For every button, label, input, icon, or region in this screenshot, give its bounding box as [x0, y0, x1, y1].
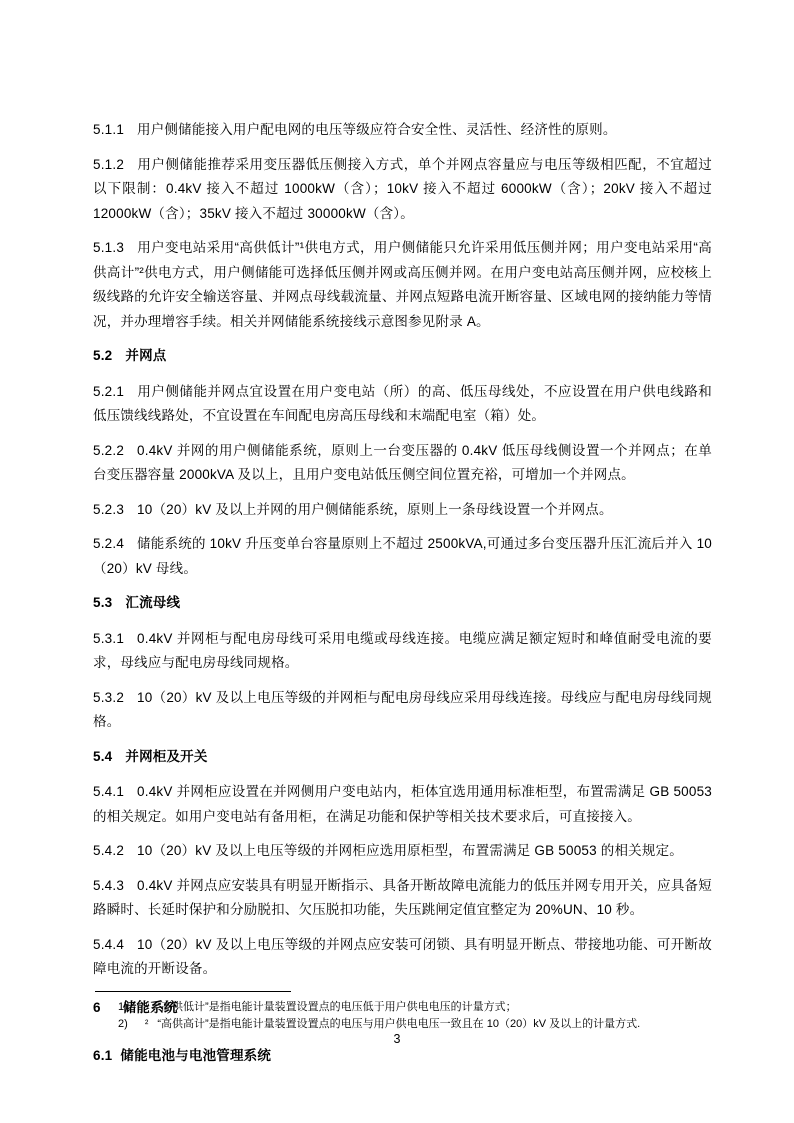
clause-paragraph: 5.1.3用户变电站采用“高供低计”¹供电方式，用户侧储能只允许采用低压侧并网；…	[93, 236, 712, 334]
clause-number: 5.3	[93, 595, 112, 610]
clause-number: 5.4.2	[93, 843, 124, 858]
page-number: 3	[0, 1031, 794, 1047]
footnote-label: 1)	[118, 999, 136, 1016]
clause-text: 并网柜及开关	[125, 749, 207, 764]
footnote-text: “高供高计”是指电能计量装置设置点的电压与用户供电电压一致且在 10（20）kV…	[157, 1018, 640, 1030]
footnote-list: 1)¹“高供低计”是指电能计量装置设置点的电压低于用户供电电压的计量方式；2)²…	[93, 999, 712, 1033]
clause-number: 5.1.1	[93, 122, 124, 137]
clause-paragraph: 5.4.210（20）kV 及以上电压等级的并网柜应选用原柜型，布置需满足 GB…	[93, 839, 712, 864]
footnote-item: 1)¹“高供低计”是指电能计量装置设置点的电压低于用户供电电压的计量方式；	[93, 999, 712, 1016]
clause-number: 5.2.3	[93, 502, 124, 517]
clause-number: 6.1	[93, 1048, 112, 1063]
clause-number: 5.2.4	[93, 536, 124, 551]
footnote-text: “高供低计”是指电能计量装置设置点的电压低于用户供电电压的计量方式；	[157, 1001, 516, 1013]
section-heading: 5.3汇流母线	[93, 591, 712, 616]
clause-text: 0.4kV 并网点应安装具有明显开断指示、具备开断故障电流能力的低压并网专用开关…	[93, 878, 712, 918]
clause-paragraph: 5.1.1用户侧储能接入用户配电网的电压等级应符合安全性、灵活性、经济性的原则。	[93, 118, 712, 143]
clause-number: 5.2	[93, 348, 112, 363]
clause-text: 汇流母线	[125, 595, 180, 610]
clause-paragraph: 5.4.410（20）kV 及以上电压等级的并网点应安装可闭锁、具有明显开断点、…	[93, 933, 712, 982]
clause-number: 5.2.2	[93, 443, 124, 458]
section-heading: 6.1储能电池与电池管理系统	[93, 1044, 712, 1069]
section-heading: 5.2并网点	[93, 344, 712, 369]
clause-number: 5.4	[93, 749, 112, 764]
clause-paragraph: 5.1.2用户侧储能推荐采用变压器低压侧接入方式，单个并网点容量应与电压等级相匹…	[93, 153, 712, 227]
clause-text: 10（20）kV 及以上电压等级的并网点应安装可闭锁、具有明显开断点、带接地功能…	[93, 937, 712, 977]
clause-text: 储能电池与电池管理系统	[120, 1048, 271, 1063]
clause-number: 5.3.1	[93, 631, 124, 646]
clause-text: 储能系统的 10kV 升压变单台容量原则上不超过 2500kVA,可通过多台变压…	[93, 536, 712, 576]
clause-text: 0.4kV 并网柜应设置在并网侧用户变电站内，柜体宜选用通用标准柜型，布置需满足…	[93, 784, 712, 824]
clause-text: 0.4kV 并网柜与配电房母线可采用电缆或母线连接。电缆应满足额定短时和峰值耐受…	[93, 631, 712, 671]
clause-number: 5.4.4	[93, 937, 124, 952]
clause-text: 10（20）kV 及以上电压等级的并网柜应选用原柜型，布置需满足 GB 5005…	[137, 843, 683, 858]
clause-number: 5.3.2	[93, 690, 124, 705]
clause-number: 5.4.1	[93, 784, 124, 799]
footnote-superscript: ¹	[145, 999, 148, 1016]
clause-paragraph: 5.2.1用户侧储能并网点宜设置在用户变电站（所）的高、低压母线处，不应设置在用…	[93, 380, 712, 429]
clause-text: 用户侧储能接入用户配电网的电压等级应符合安全性、灵活性、经济性的原则。	[137, 122, 617, 137]
clause-paragraph: 5.4.10.4kV 并网柜应设置在并网侧用户变电站内，柜体宜选用通用标准柜型，…	[93, 780, 712, 829]
clause-number: 5.1.2	[93, 157, 124, 172]
clause-paragraph: 5.4.30.4kV 并网点应安装具有明显开断指示、具备开断故障电流能力的低压并…	[93, 874, 712, 923]
clause-text: 0.4kV 并网的用户侧储能系统，原则上一台变压器的 0.4kV 低压母线侧设置…	[93, 443, 712, 483]
clause-paragraph: 5.2.310（20）kV 及以上并网的用户侧储能系统，原则上一条母线设置一个并…	[93, 498, 712, 523]
document-page: 5.1.1用户侧储能接入用户配电网的电压等级应符合安全性、灵活性、经济性的原则。…	[0, 0, 794, 1123]
footnote-area: 1)¹“高供低计”是指电能计量装置设置点的电压低于用户供电电压的计量方式；2)²…	[93, 991, 712, 1033]
clause-text: 10（20）kV 及以上电压等级的并网柜与配电房母线应采用母线连接。母线应与配电…	[93, 690, 712, 730]
clause-number: 5.1.3	[93, 240, 124, 255]
clause-paragraph: 5.3.210（20）kV 及以上电压等级的并网柜与配电房母线应采用母线连接。母…	[93, 686, 712, 735]
clause-text: 用户侧储能推荐采用变压器低压侧接入方式，单个并网点容量应与电压等级相匹配，不宜超…	[93, 157, 712, 221]
footnote-separator	[95, 991, 291, 992]
clause-text: 用户变电站采用“高供低计”¹供电方式，用户侧储能只允许采用低压侧并网；用户变电站…	[93, 240, 712, 329]
clause-number: 5.2.1	[93, 384, 124, 399]
clause-paragraph: 5.3.10.4kV 并网柜与配电房母线可采用电缆或母线连接。电缆应满足额定短时…	[93, 627, 712, 676]
clause-paragraph: 5.2.4储能系统的 10kV 升压变单台容量原则上不超过 2500kVA,可通…	[93, 532, 712, 581]
clause-text: 并网点	[125, 348, 166, 363]
section-heading: 5.4并网柜及开关	[93, 745, 712, 770]
clause-number: 5.4.3	[93, 878, 124, 893]
clause-text: 用户侧储能并网点宜设置在用户变电站（所）的高、低压母线处，不应设置在用户供电线路…	[93, 384, 712, 424]
document-body: 5.1.1用户侧储能接入用户配电网的电压等级应符合安全性、灵活性、经济性的原则。…	[93, 118, 712, 1069]
clause-text: 10（20）kV 及以上并网的用户侧储能系统，原则上一条母线设置一个并网点。	[137, 502, 613, 517]
clause-paragraph: 5.2.20.4kV 并网的用户侧储能系统，原则上一台变压器的 0.4kV 低压…	[93, 439, 712, 488]
